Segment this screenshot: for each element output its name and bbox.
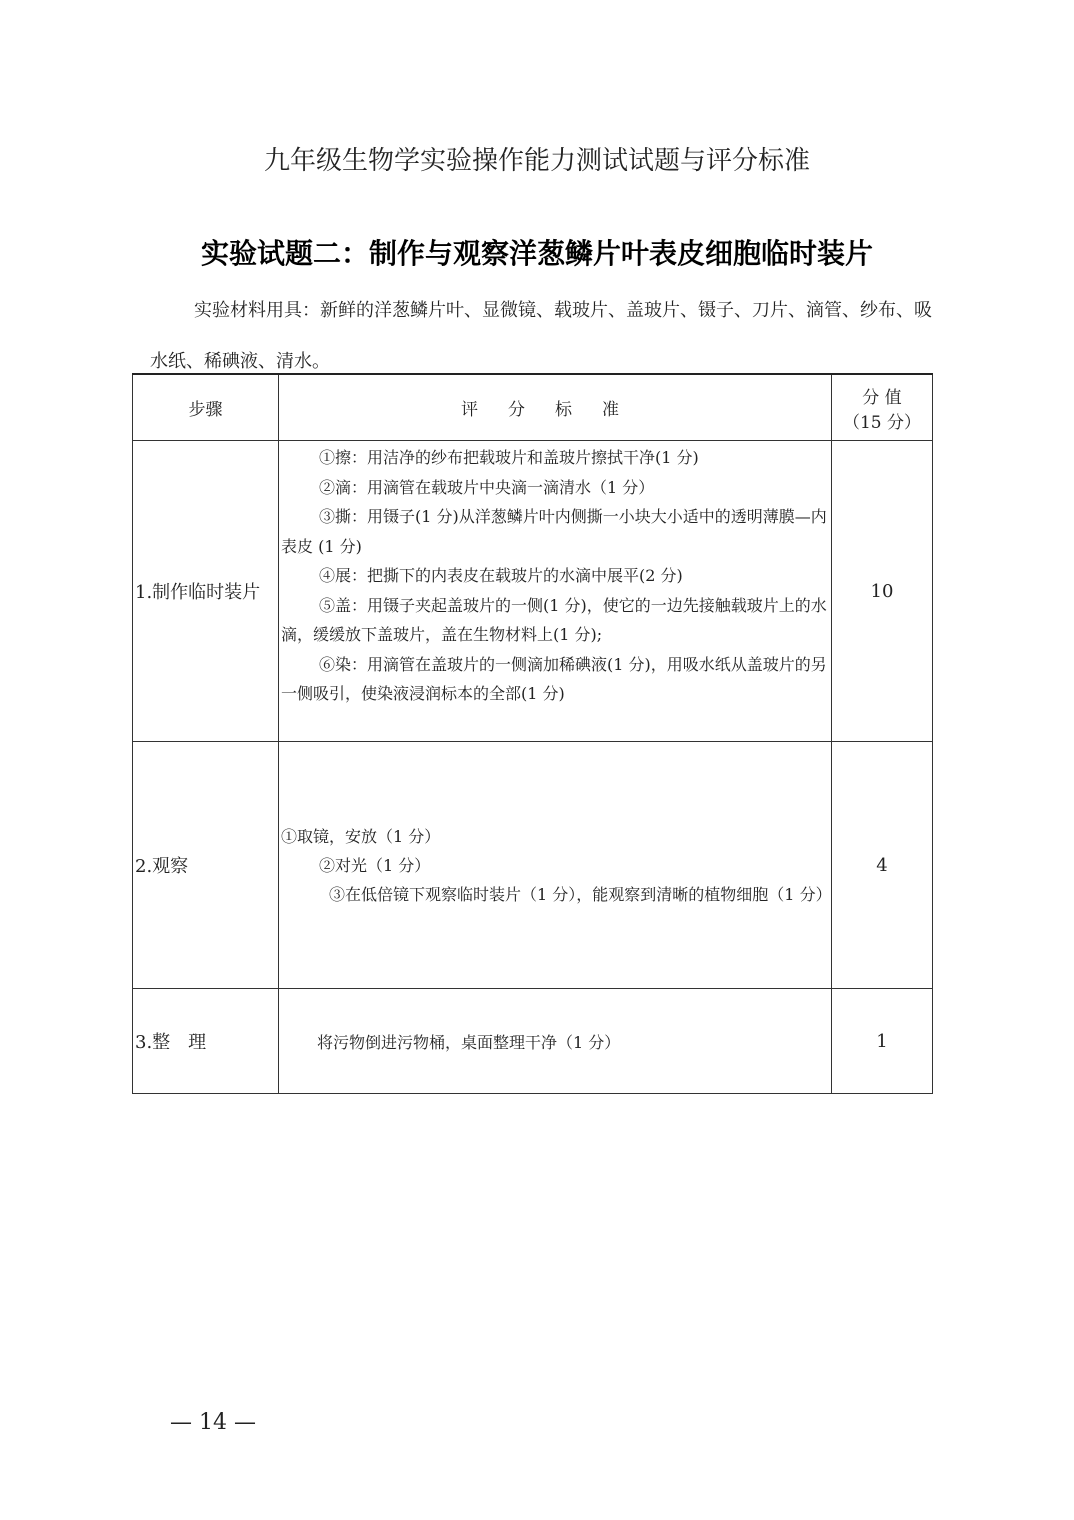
criteria-item: ④展：把撕下的内表皮在载玻片的水滴中展平(2 分)	[281, 561, 829, 591]
score-value: 1	[831, 989, 932, 1094]
criteria-item: ⑥染：用滴管在盖玻片的一侧滴加稀碘液(1 分)，用吸水纸从盖玻片的另一侧吸引，使…	[281, 650, 829, 709]
table-row: 1.制作临时装片 ①擦：用洁净的纱布把载玻片和盖玻片擦拭干净(1 分) ②滴：用…	[133, 441, 933, 742]
step-name: 3.整 理	[133, 989, 279, 1094]
criteria-item: ①取镜，安放（1 分）	[281, 822, 829, 851]
header-step: 步骤	[133, 374, 279, 441]
table-row: 2.观察 ①取镜，安放（1 分） ②对光（1 分） ③在低倍镜下观察临时装片（1…	[133, 742, 933, 989]
criteria-item: ③撕：用镊子(1 分)从洋葱鳞片叶内侧撕一小块大小适中的透明薄膜—内表皮 (1 …	[281, 502, 829, 561]
page-number: — 14 —	[170, 1410, 256, 1435]
experiment-subtitle: 实验试题二：制作与观察洋葱鳞片叶表皮细胞临时装片	[0, 232, 1074, 272]
criteria-item: ①擦：用洁净的纱布把载玻片和盖玻片擦拭干净(1 分)	[281, 443, 829, 473]
scoring-table: 步骤 评分标准 分 值 （15 分） 1.制作临时装片 ①擦：用洁净的纱布把载玻…	[132, 373, 933, 1094]
step-name: 2.观察	[133, 742, 279, 989]
materials-paragraph: 实验材料用具：新鲜的洋葱鳞片叶、显微镜、载玻片、盖玻片、镊子、刀片、滴管、纱布、…	[150, 285, 940, 387]
criteria-cell: 将污物倒进污物桶，桌面整理干净（1 分）	[279, 989, 832, 1094]
document-title: 九年级生物学实验操作能力测试试题与评分标准	[0, 140, 1074, 177]
criteria-item: ⑤盖：用镊子夹起盖玻片的一侧(1 分)，使它的一边先接触载玻片上的水滴，缓缓放下…	[281, 591, 829, 650]
step-name: 1.制作临时装片	[133, 441, 279, 742]
score-value: 4	[831, 742, 932, 989]
score-value: 10	[831, 441, 932, 742]
criteria-item: ③在低倍镜下观察临时装片（1 分），能观察到清晰的植物细胞（1 分）	[281, 880, 829, 909]
criteria-item: ②对光（1 分）	[281, 851, 829, 880]
table-row: 3.整 理 将污物倒进污物桶，桌面整理干净（1 分） 1	[133, 989, 933, 1094]
header-criteria: 评分标准	[279, 374, 832, 441]
criteria-item: ②滴：用滴管在载玻片中央滴一滴清水（1 分）	[281, 473, 829, 503]
criteria-cell: ①擦：用洁净的纱布把载玻片和盖玻片擦拭干净(1 分) ②滴：用滴管在载玻片中央滴…	[279, 441, 832, 742]
criteria-cell: ①取镜，安放（1 分） ②对光（1 分） ③在低倍镜下观察临时装片（1 分），能…	[279, 742, 832, 989]
criteria-item: 将污物倒进污物桶，桌面整理干净（1 分）	[317, 1030, 831, 1053]
table-header-row: 步骤 评分标准 分 值 （15 分）	[133, 374, 933, 441]
header-score: 分 值 （15 分）	[831, 374, 932, 441]
